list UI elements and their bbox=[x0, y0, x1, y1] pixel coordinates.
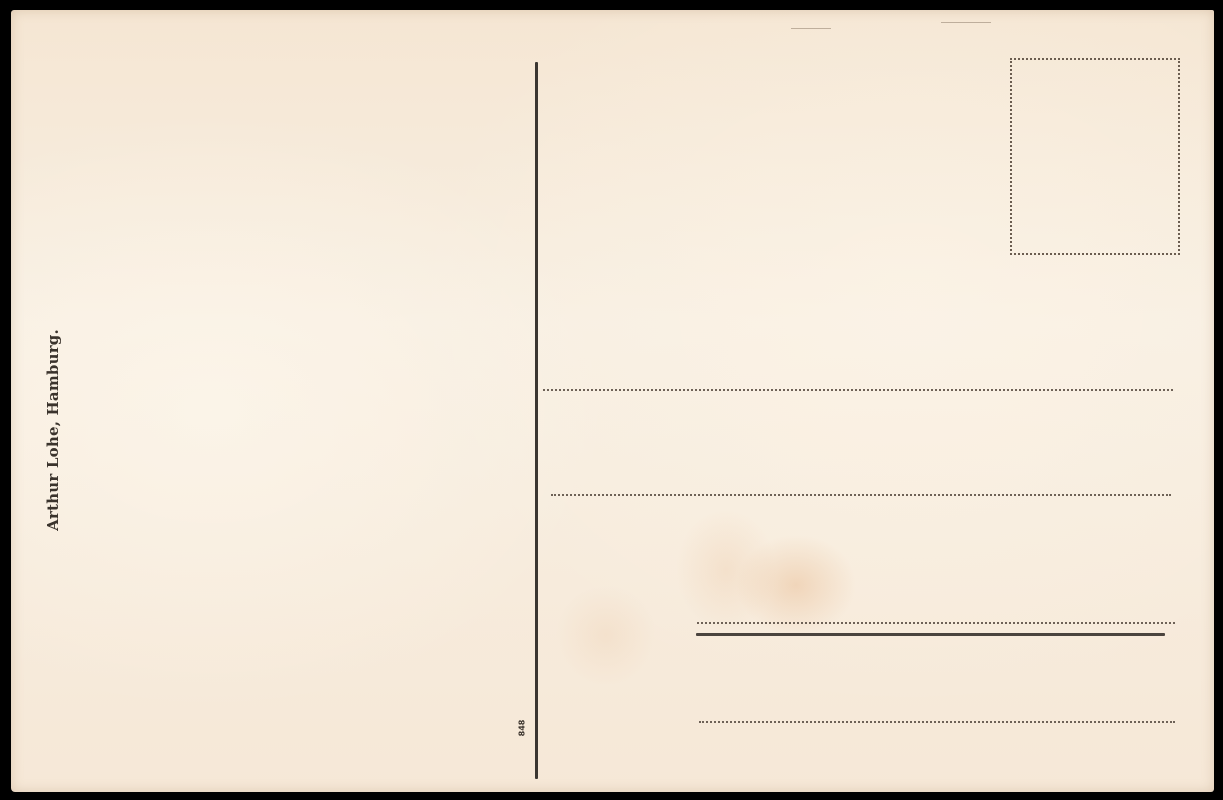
postcard-back: Arthur Lohe, Hamburg. 848 bbox=[11, 10, 1214, 792]
paper-scuff bbox=[941, 22, 991, 23]
center-divider-line bbox=[535, 62, 538, 779]
paper-scuff bbox=[791, 28, 831, 29]
print-code: 848 bbox=[518, 720, 527, 737]
address-line-1 bbox=[543, 389, 1173, 391]
address-line-4 bbox=[699, 721, 1175, 723]
address-line-3 bbox=[697, 622, 1175, 624]
stamp-box bbox=[1010, 58, 1180, 255]
publisher-imprint: Arthur Lohe, Hamburg. bbox=[44, 329, 62, 531]
address-underline bbox=[696, 633, 1165, 636]
address-line-2 bbox=[551, 494, 1171, 496]
